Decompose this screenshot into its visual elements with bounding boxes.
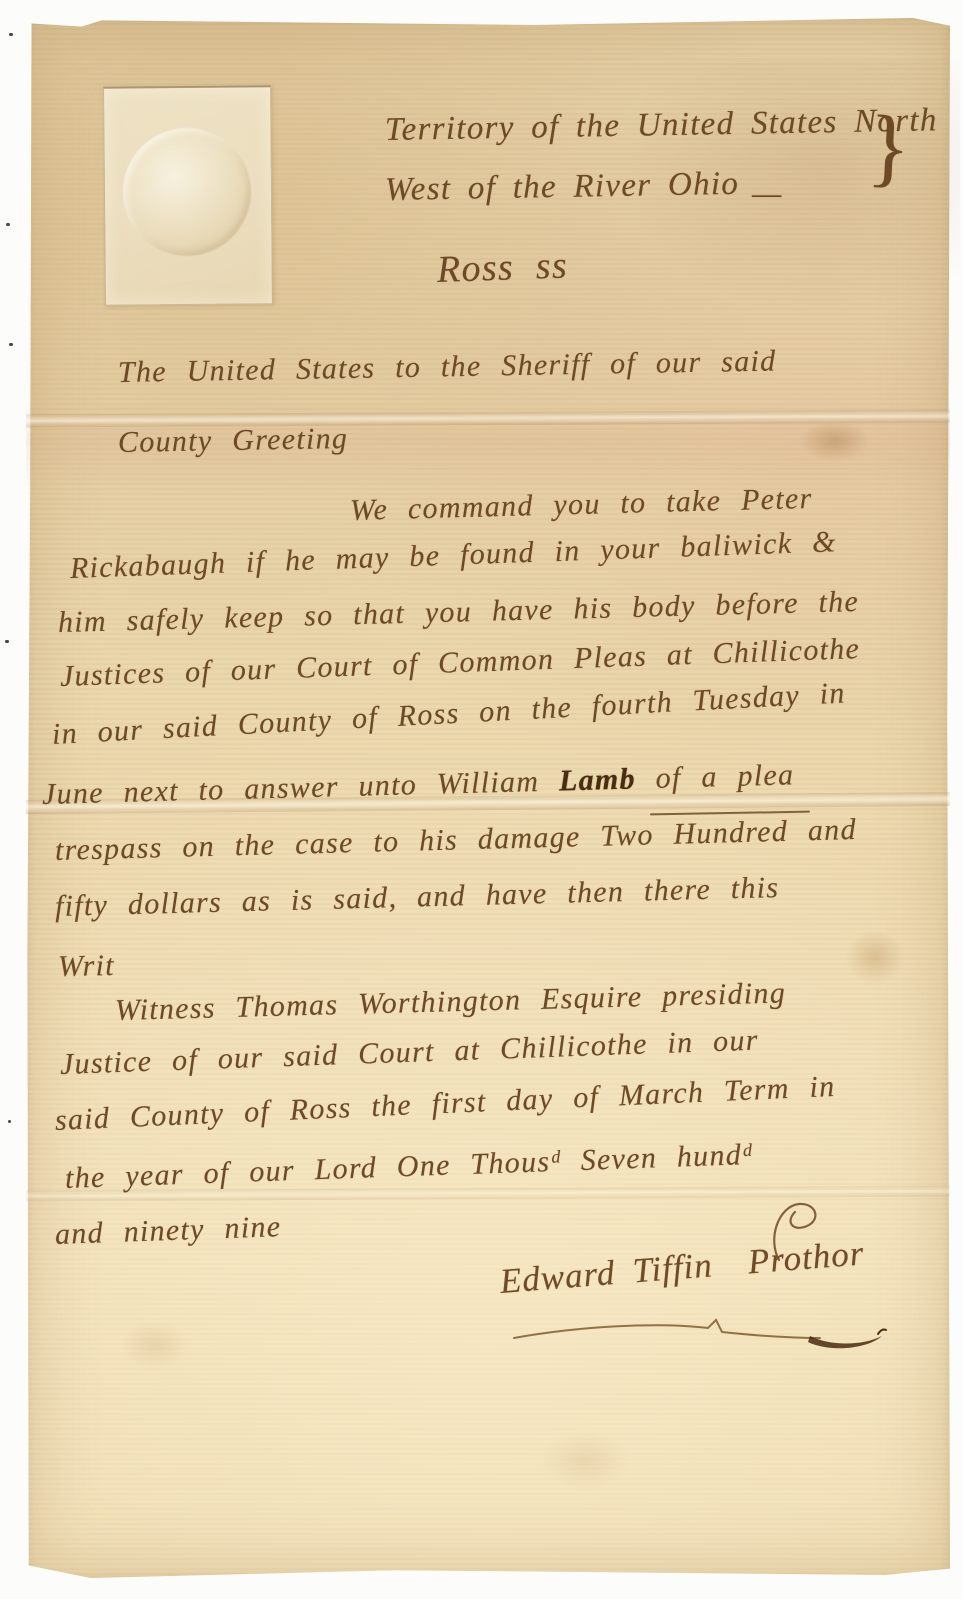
margin-speck [6, 223, 10, 226]
margin-speck [9, 343, 13, 346]
margin-speck [5, 640, 9, 643]
margin-speck [8, 1120, 11, 1123]
amended-suffix: of a plea [635, 758, 794, 795]
body-line: Writ [58, 949, 115, 984]
salutation-line-2: County Greeting [118, 422, 349, 460]
embossed-paper-seal [103, 85, 273, 305]
heading-line-2: West of the River Ohio [385, 166, 740, 209]
signature-title: Prothor [746, 1233, 865, 1281]
margin-speck [9, 33, 13, 36]
scanned-document-photo: Territory of the United States North Wes… [0, 0, 963, 1599]
heading-dash: — [752, 176, 783, 213]
heading-brace-icon: } [865, 96, 912, 199]
inserted-name: Lamb [559, 762, 637, 797]
seal-emboss-circle-icon [122, 127, 251, 256]
signature-paraph-icon [510, 1312, 890, 1352]
county-mark: Ross ss [436, 243, 568, 292]
